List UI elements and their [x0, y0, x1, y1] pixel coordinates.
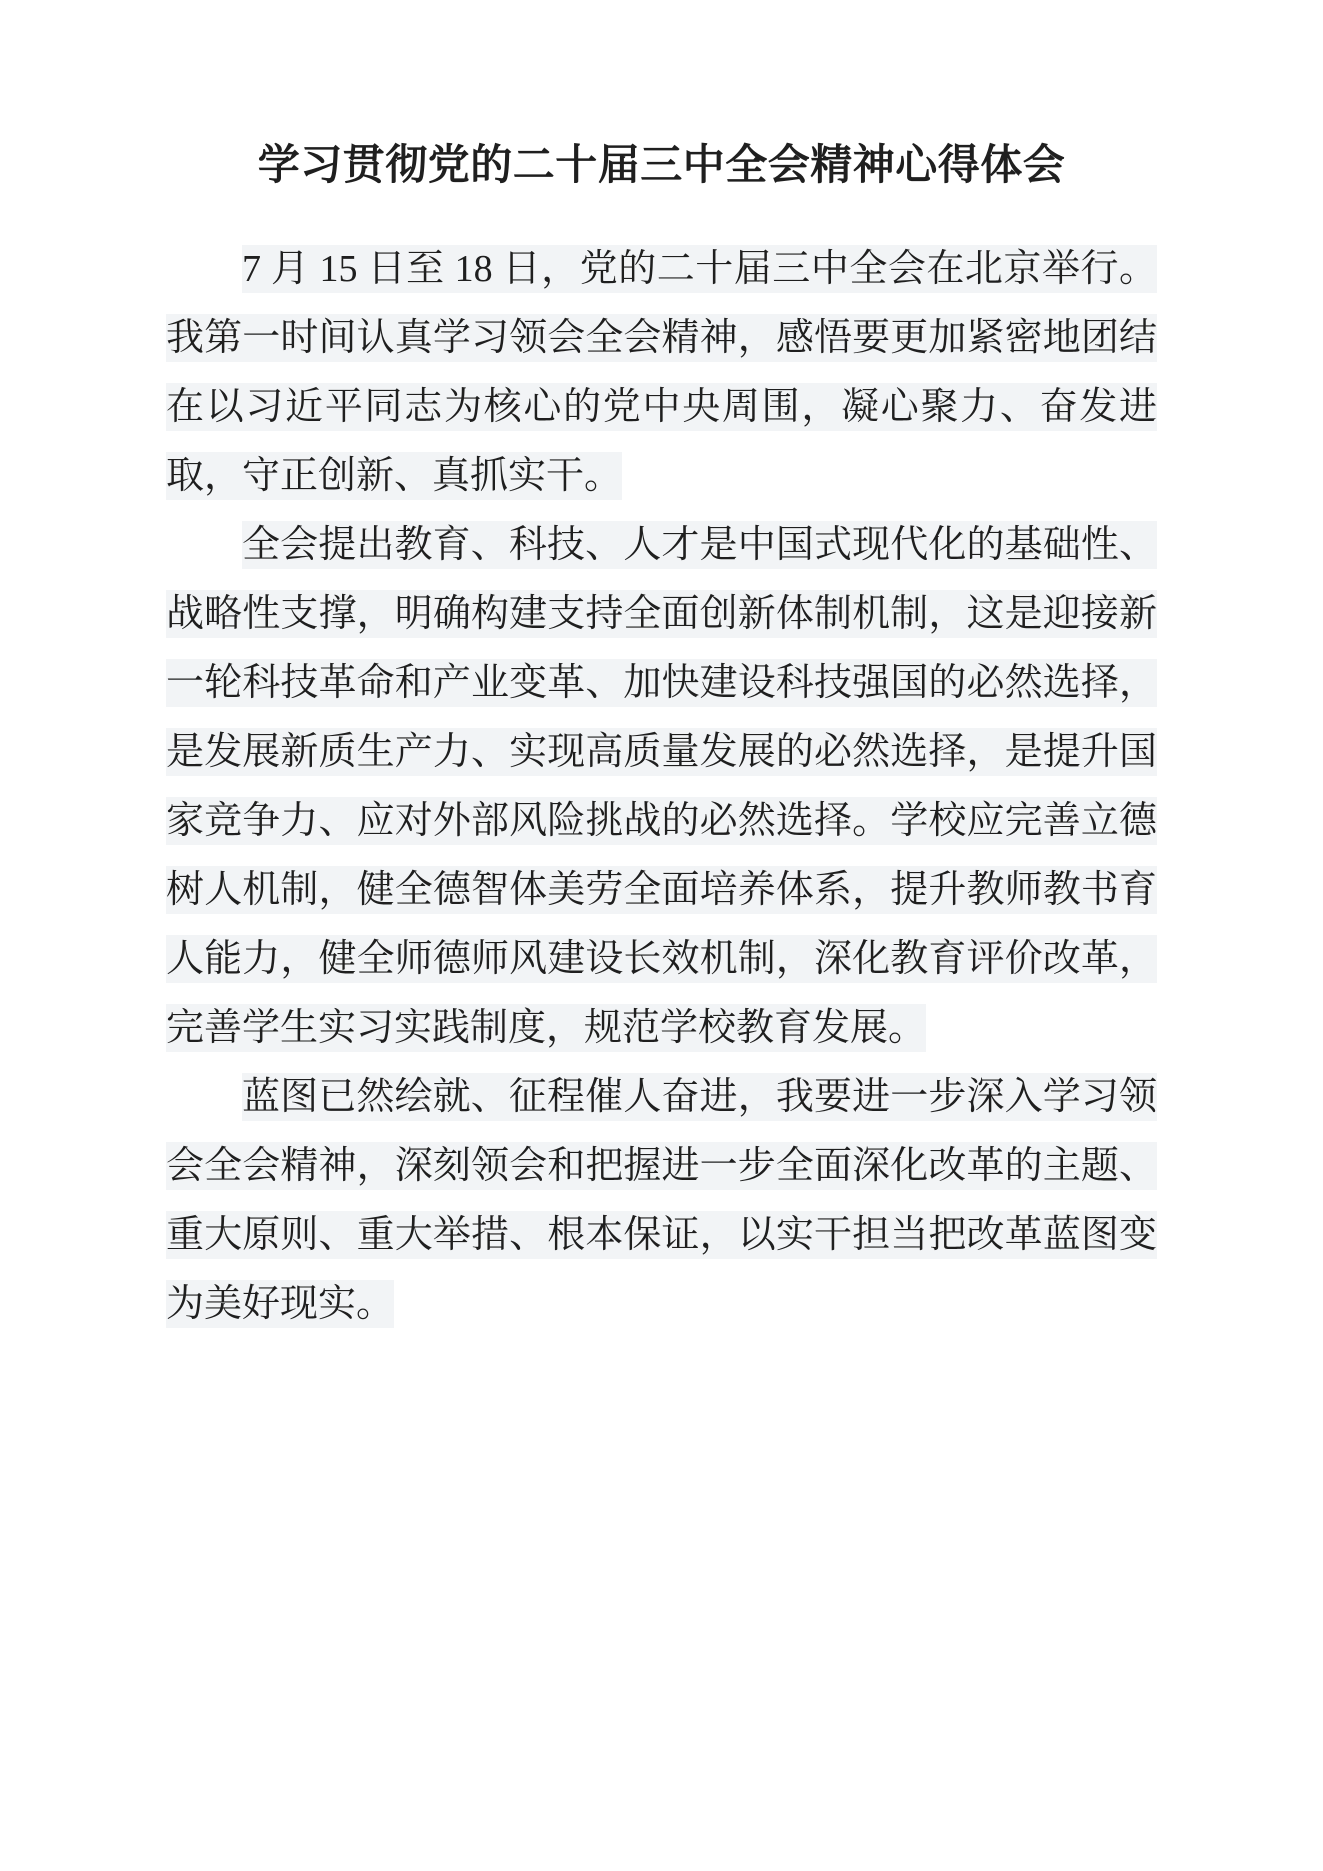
paragraph-1: 7 月 15 日至 18 日，党的二十届三中全会在北京举行。我第一时间认真学习领…	[166, 235, 1157, 511]
document-body: 7 月 15 日至 18 日，党的二十届三中全会在北京举行。我第一时间认真学习领…	[166, 235, 1157, 1339]
paragraph-3: 蓝图已然绘就、征程催人奋进，我要进一步深入学习领会全会精神，深刻领会和把握进一步…	[166, 1063, 1157, 1339]
highlighted-text: 7 月 15 日至 18 日，党的二十届三中全会在北京举行。我第一时间认真学习领…	[166, 245, 1157, 500]
document-title: 学习贯彻党的二十届三中全会精神心得体会	[166, 138, 1157, 195]
paragraph-2: 全会提出教育、科技、人才是中国式现代化的基础性、战略性支撑，明确构建支持全面创新…	[166, 511, 1157, 1063]
highlighted-text: 蓝图已然绘就、征程催人奋进，我要进一步深入学习领会全会精神，深刻领会和把握进一步…	[166, 1073, 1157, 1328]
document-page: 学习贯彻党的二十届三中全会精神心得体会 7 月 15 日至 18 日，党的二十届…	[0, 0, 1323, 1871]
highlighted-text: 全会提出教育、科技、人才是中国式现代化的基础性、战略性支撑，明确构建支持全面创新…	[166, 521, 1157, 1052]
